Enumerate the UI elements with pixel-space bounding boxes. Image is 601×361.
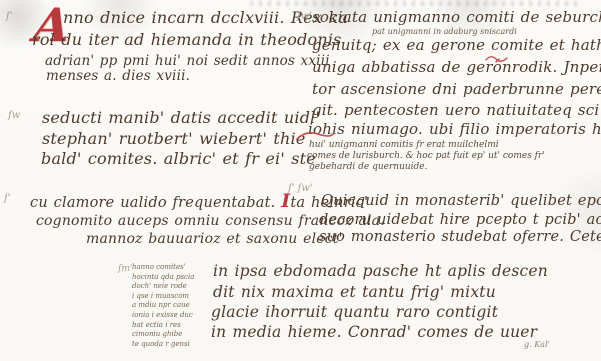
bottom-margin-note-line: hanno comites' [132,263,194,273]
margin-paragraph-mark: ſw' [297,12,312,22]
margin-paragraph-mark: ſw [8,111,20,121]
bottom-para-line4: in media hieme. Conrad' comes de uuer [211,325,537,341]
right-para1-line3: uniga abbatissa de geronrodik. Jnpera [312,60,601,75]
left-para1-line2: rol du iter ad hiemanda in theodonis [32,32,342,48]
bottom-margin-note-line: te quoda r gensi [132,340,194,350]
bottom-margin-note-line: cimoniu ghibe [132,330,194,340]
bottom-para-line2: dit nix maxima et tantu frig' mixtu [213,285,496,301]
right-para2-line1: Quicquid in monasterib' quelibet epo mag… [321,194,601,209]
left-para1-line4: menses a. dies xviii. [46,70,190,84]
right-para2-line2: decoru uidebat hire pcepto t pcib' accep… [319,213,601,228]
margin-paragraph-mark: ſ' [4,194,10,204]
footer-quire-mark: g. Kal' [524,341,550,349]
left-para3-line1: cu clamore ualido frequentabat. Ita hein… [30,192,368,211]
right-para1-line2: genuitq; ex ea gerone comite et hath [312,38,601,53]
bottom-para-line3: glacie ihorruit quantu raro contigit [211,305,498,321]
bottom-margin-note: hanno comites' hocinta qda pscia doch' n… [132,263,194,349]
manuscript-page: ſ' A nno dnice incarn dcclxviii. Rex ka … [0,0,601,361]
bottom-margin-note-line: a mdiu npr caue [132,301,194,311]
margin-paragraph-mark: ſ' [6,12,12,22]
marginal-note: hui' unigmanni comitis fr erat muilchelm… [309,141,545,172]
left-para2-line3: bald' comites. albric' et fr ei' ste [41,151,316,167]
margin-paragraph-mark: ſm' [118,265,132,274]
left-para1-line3: adrian' pp pmi hui' noi sedit annos xxii… [45,55,330,69]
left-para3-line3: mannoz bauuarioz et saxonu elect' [86,232,343,246]
left-para2-line2: stephan' ruotbert' wiebert' thie [42,131,306,147]
bottom-margin-note-line: ionia i exisse duc [132,311,194,321]
right-para2-line3: suo monasterio studebat oferre. Cetera l… [319,230,601,245]
marginal-note-line3: gebehardi de quernuuide. [309,163,545,172]
bottom-margin-note-line: i qse i muascom [132,292,194,302]
bottom-margin-note-line: hocinta qda pscia [132,273,194,283]
right-para1-line6: iohis niumago. ubi filio imperatoris hei… [308,122,601,137]
bottom-para-line1: in ipsa ebdomada pasche ht aplis descen [213,264,548,280]
right-para1-line1: sociata unigmanno comiti de seburch [312,10,601,25]
marginal-note-line2: comes de lurisburch. & hoc pat fuit ep' … [307,152,545,161]
interlinear-gloss: pat unigmanni in adaburg sniscardi [372,28,517,36]
bottom-margin-note-line: bat ectia i res [132,321,194,331]
left-para2-line1: seducti manib' datis accedit uidl' [42,110,320,126]
right-para1-line5: git. pentecosten uero natiuitateq sci [312,103,599,118]
left-para3-line1-text: cu clamore ualido frequentabat. [30,195,275,211]
marginal-note-line1: hui' unigmanni comitis fr erat muilchelm… [309,141,545,150]
right-para1-line4: tor ascensione dni paderbrunne pere [312,82,601,97]
margin-paragraph-mark: ſ' ſw' [288,184,313,194]
bleedthrough-ghost-text [250,1,580,6]
bottom-margin-note-line: doch' neie rode [132,282,194,292]
